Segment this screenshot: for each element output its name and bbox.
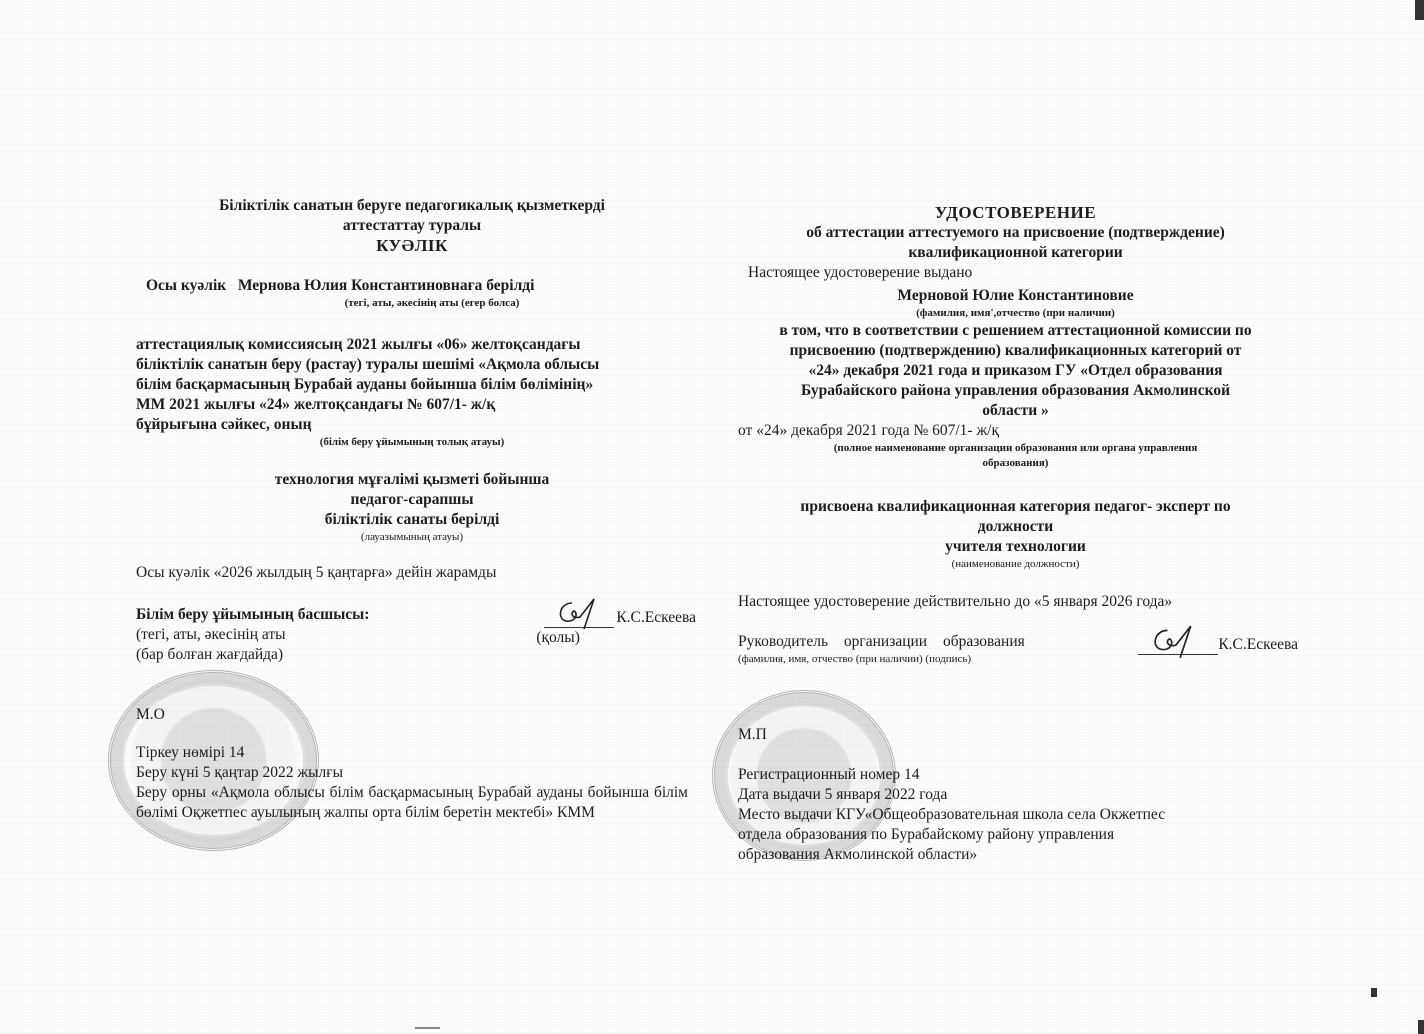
kz-signature-block: Білім беру ұйымының басшысы: (тегі, аты,… [136,605,688,665]
kz-stamp-label: М.О [136,705,688,725]
kz-head-label: Білім беру ұйымының басшысы: [136,605,369,625]
ru-head-label: Руководитель организации образования [738,632,1025,652]
ru-body-line: области » [738,401,1293,421]
scan-mark [1418,1020,1424,1034]
russian-certificate: УДОСТОВЕРЕНИЕ об аттестации аттестуемого… [738,203,1293,865]
kz-head-caption-2: (бар болған жағдайда) [136,645,369,665]
ru-subtitle-line1: об аттестации аттестуемого на присвоение… [738,223,1293,243]
ru-body-line: в том, что в соответствии с решением атт… [738,321,1293,341]
kz-head-caption-1: (тегі, аты, әкесінің аты [136,625,369,645]
kz-issued-line: Осы куәлік Мернова Юлия Константиновнаға… [136,276,688,296]
ru-title: УДОСТОВЕРЕНИЕ [738,203,1293,223]
ru-issue-place-line: отдела образования по Бурабайскому район… [738,825,1293,845]
ru-position: учителя технологии [738,537,1293,557]
kz-issue-place: Беру орны «Ақмола облысы білім басқармас… [136,783,688,823]
kz-valid-until: Осы куәлік «2026 жылдың 5 қаңтарға» дейі… [136,563,688,583]
ru-issue-place-line: Место выдачи КГУ«Общеобразовательная шко… [738,805,1293,825]
kz-name-caption: (тегі, аты, әкесінің аты (егер болса) [136,296,688,311]
kz-title: КУӘЛІК [136,236,688,256]
ru-reg-number: Регистрационный номер 14 [738,765,1293,785]
kz-heading-line2: аттестаттау туралы [136,216,688,236]
ru-issued-line: Настоящее удостоверение выдано [738,263,1293,283]
ru-name-caption: (фамилия, имя',отчество (при наличии) [738,306,1293,321]
ru-body-line: Бурабайского района управления образован… [738,381,1293,401]
kz-body-line: ММ 2021 жылғы «24» желтоқсандағы № 607/1… [136,395,688,415]
ru-issue-place-line: образования Акмолинской области» [738,845,1293,865]
ru-body-line: присвоению (подтверждению) квалификацион… [738,341,1293,361]
ru-org-caption-1: (полное наименование организации образов… [738,441,1293,456]
ru-body-line: «24» декабря 2021 года и приказом ГУ «От… [738,361,1293,381]
kz-category: педагог-сарапшы [136,490,688,510]
ru-category-line1: присвоена квалификационная категория пед… [738,497,1293,517]
ru-org-caption-2: образования) [738,456,1293,471]
kz-recipient-name: Мернова Юлия Константиновнаға берілді [238,277,535,294]
kz-body-line: аттестациялық комиссиясың 2021 жылғы «06… [136,335,688,355]
signature-scribble-icon [554,597,610,631]
kz-body-line: білім басқармасының Бурабай ауданы бойын… [136,375,688,395]
kazakh-certificate: Біліктілік санатын беруге педагогикалық … [136,196,688,823]
kz-signature: К.С.Ескеева [544,605,696,628]
kz-body-line: бұйрығына сәйкес, оның [136,415,688,435]
ru-signer-name: К.С.Ескеева [1218,635,1298,655]
signature-line [544,605,614,628]
scan-mark [415,1027,440,1029]
ru-recipient-name: Мерновой Юлие Константиновие [738,286,1293,306]
scan-mark [1415,0,1424,20]
kz-body: аттестациялық комиссиясың 2021 жылғы «06… [136,335,688,435]
ru-issue-place: Место выдачи КГУ«Общеобразовательная шко… [738,805,1293,865]
kz-signature-caption: (қолы) [536,628,696,648]
ru-signature-block: Руководитель организации образования (фа… [738,632,1293,667]
signature-line [1138,632,1218,655]
ru-issue-date: Дата выдачи 5 января 2022 года [738,785,1293,805]
ru-order-line: от «24» декабря 2021 года № 607/1- ж/қ [738,421,1293,441]
kz-body-line: біліктілік санатын беру (растау) туралы … [136,355,688,375]
ru-valid-until: Настоящее удостоверение действительно до… [738,592,1293,612]
signature-scribble-icon [1148,624,1208,660]
ru-head-caption: (фамилия, имя, отчество (при наличии) (п… [738,652,1025,667]
kz-reg-number: Тіркеу нөмірі 14 [136,743,688,763]
ru-category-line2: должности [738,517,1293,537]
ru-body: в том, что в соответствии с решением атт… [738,321,1293,421]
ru-position-caption: (наименование должности) [738,557,1293,572]
ru-signature: К.С.Ескеева [1138,632,1298,655]
kz-position-line: технология мұғалімі қызметі бойынша [136,470,688,490]
kz-signer-name: К.С.Ескеева [616,608,696,628]
kz-category-line: біліктілік санаты берілді [136,510,688,530]
ru-subtitle-line2: квалификационной категории [738,243,1293,263]
scan-mark [1371,988,1377,997]
kz-issued-prefix: Осы куәлік [146,277,226,294]
kz-heading-line1: Біліктілік санатын беруге педагогикалық … [136,196,688,216]
kz-org-caption: (білім беру ұйымының толық атауы) [136,435,688,450]
kz-issue-date: Беру күні 5 қаңтар 2022 жылғы [136,763,688,783]
ru-stamp-label: М.П [738,725,1293,745]
kz-position-caption: (лауазымының атауы) [136,530,688,545]
